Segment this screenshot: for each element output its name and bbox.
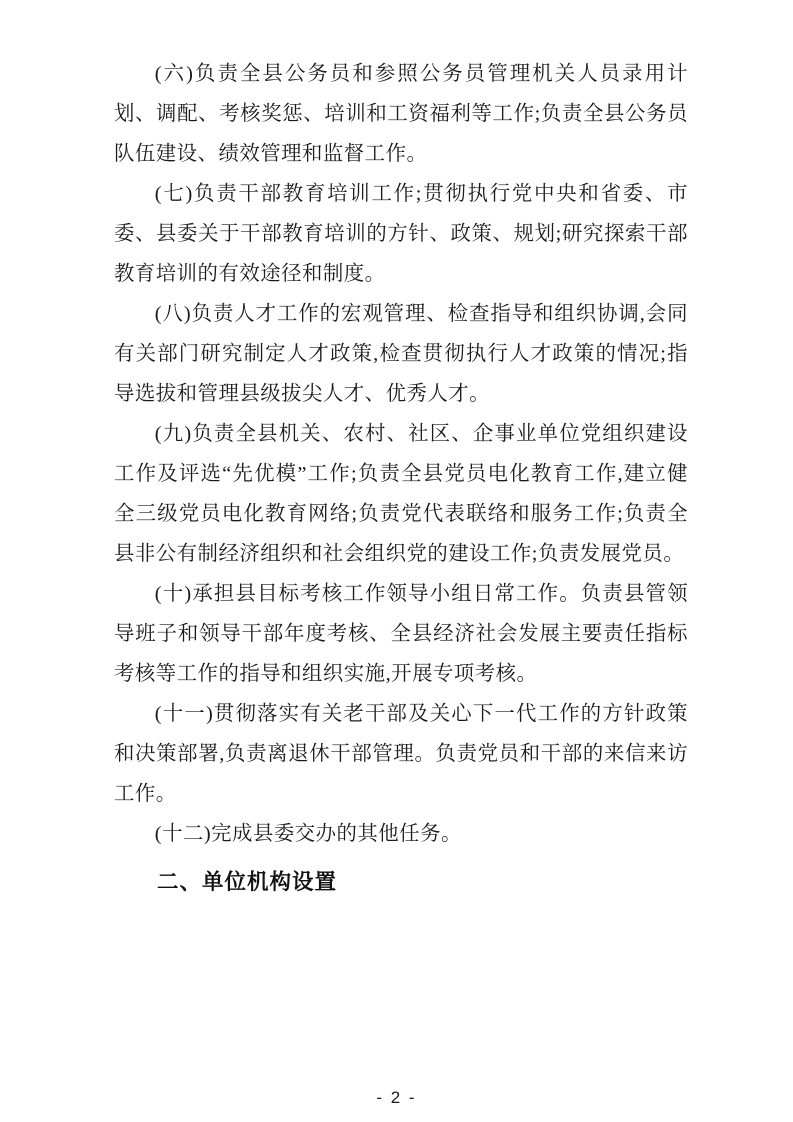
document-body: (六)负责全县公务员和参照公务员管理机关人员录用计划、调配、考核奖惩、培训和工资…: [114, 54, 688, 902]
page-number: - 2 -: [0, 1088, 793, 1108]
section-heading: 二、单位机构设置: [114, 862, 688, 902]
paragraph-item-11: (十一)贯彻落实有关老干部及关心下一代工作的方针政策和决策部署,负责离退休干部管…: [114, 694, 688, 814]
document-page: (六)负责全县公务员和参照公务员管理机关人员录用计划、调配、考核奖惩、培训和工资…: [0, 0, 793, 1122]
paragraph-item-8: (八)负责人才工作的宏观管理、检查指导和组织协调,会同有关部门研究制定人才政策,…: [114, 294, 688, 414]
paragraph-item-9: (九)负责全县机关、农村、社区、企事业单位党组织建设工作及评选“先优模”工作;负…: [114, 414, 688, 574]
paragraph-item-6: (六)负责全县公务员和参照公务员管理机关人员录用计划、调配、考核奖惩、培训和工资…: [114, 54, 688, 174]
paragraph-item-12: (十二)完成县委交办的其他任务。: [114, 814, 688, 854]
paragraph-item-10: (十)承担县目标考核工作领导小组日常工作。负责县管领导班子和领导干部年度考核、全…: [114, 574, 688, 694]
paragraph-item-7: (七)负责干部教育培训工作;贯彻执行党中央和省委、市委、县委关于干部教育培训的方…: [114, 174, 688, 294]
